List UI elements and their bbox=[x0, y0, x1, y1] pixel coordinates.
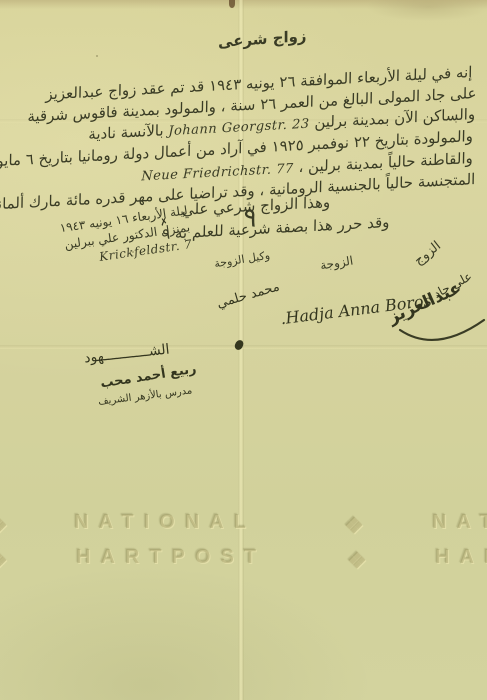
watermark-text-hartpost: HARTPOST bbox=[76, 546, 266, 569]
top-edge-ink-mark bbox=[229, 0, 235, 8]
groom-signature-flourish bbox=[396, 316, 487, 350]
watermark-ornament-icon: ❖ bbox=[347, 548, 367, 574]
watermark-ornament-icon: ❖ bbox=[0, 548, 8, 574]
scanned-document-paper: زواج شرعى إنه في ليلة الأربعاء الموافقة … bbox=[0, 0, 487, 700]
document-title-handwriting: زواج شرعى bbox=[218, 27, 306, 51]
watermark-ornament-icon: ❖ bbox=[344, 513, 364, 539]
watermark-text-hartpost-partial: HAR bbox=[435, 546, 487, 569]
watermark-text-national-partial: NAT bbox=[432, 511, 487, 534]
bride-agent-signature: محمد حلمي bbox=[215, 279, 281, 311]
date-place-block: ليلة الأربعاء ١٦ يونيه ١٩٤٣ بمنزل الدكتو… bbox=[18, 202, 193, 276]
paper-speck bbox=[96, 55, 98, 57]
watermark-ornament-icon: ❖ bbox=[0, 513, 8, 539]
handwriting-text: بالآنسة نادية bbox=[88, 121, 164, 143]
watermark-text-national: NATIONAL bbox=[74, 511, 256, 534]
bride-label: الزوجة bbox=[319, 253, 354, 272]
groom-label: الزوج bbox=[412, 239, 444, 269]
